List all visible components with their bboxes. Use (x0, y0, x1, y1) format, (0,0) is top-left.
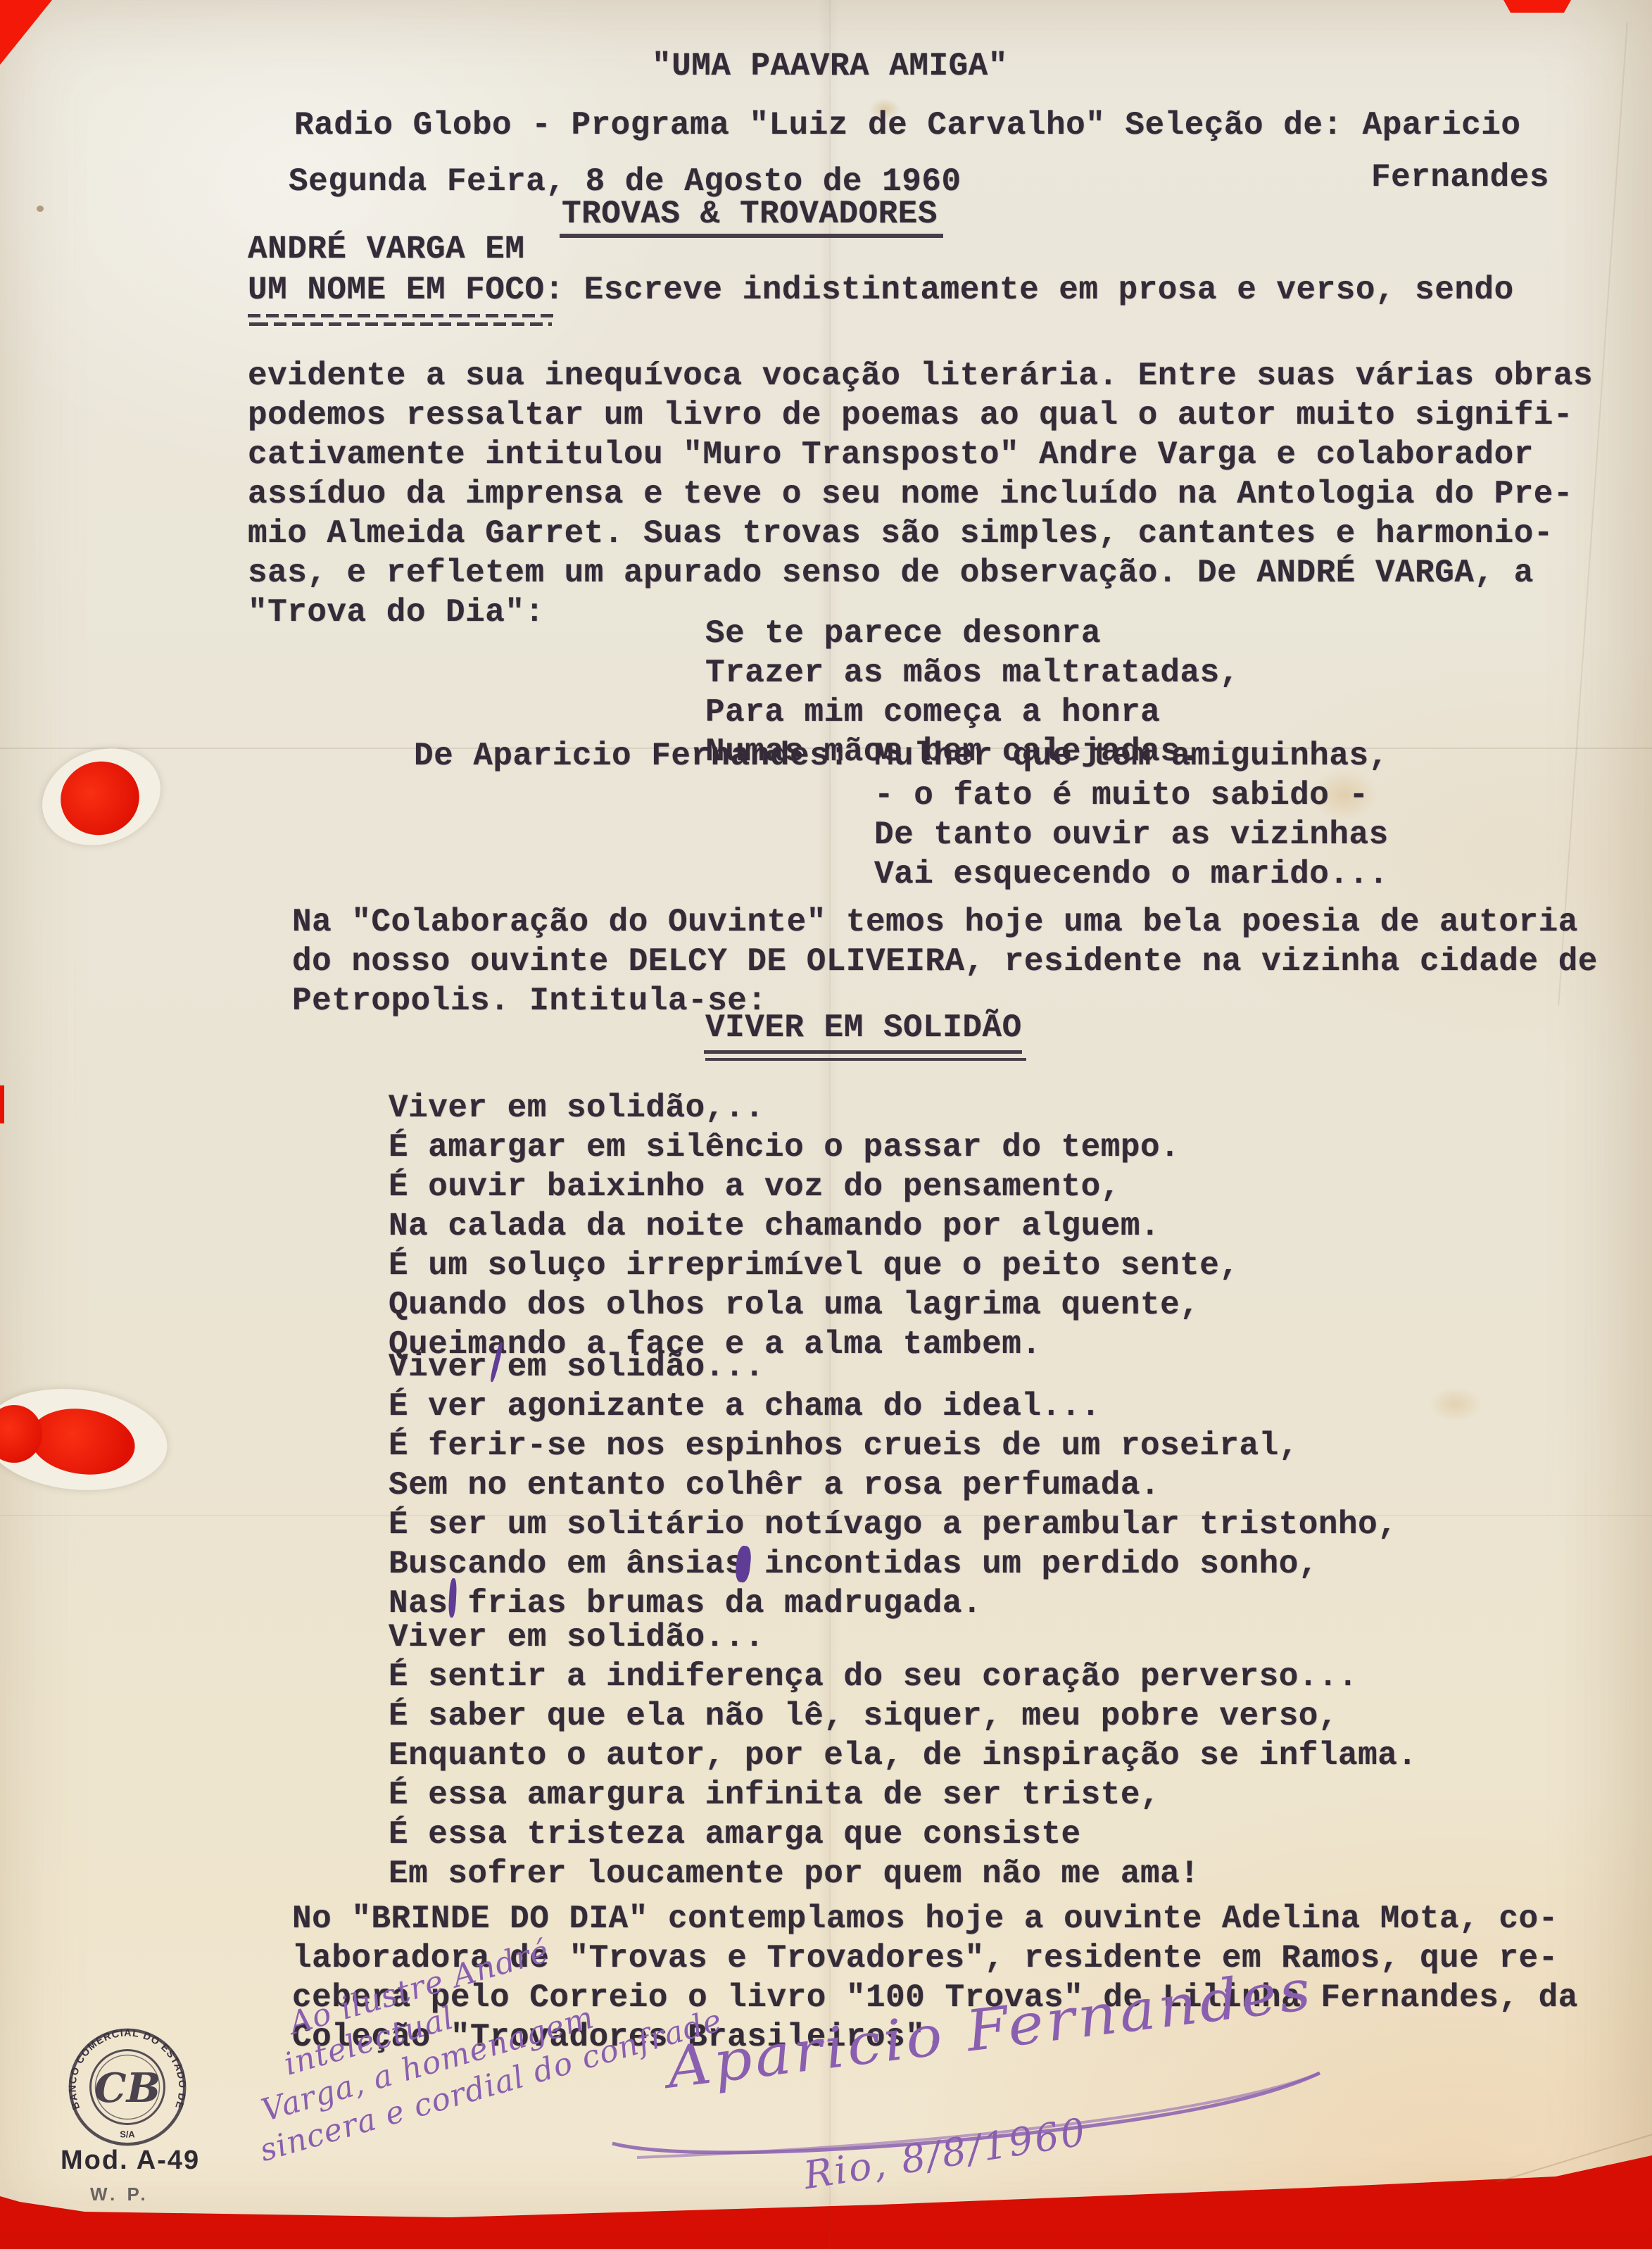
foco-underline-2 (249, 322, 552, 326)
typed-line: Enquanto o autor, por ela, de inspiração… (389, 1736, 1417, 1775)
typed-line: Para mim começa a honra (705, 693, 1240, 732)
typed-line: do nosso ouvinte DELCY DE OLIVEIRA, resi… (292, 942, 1598, 981)
typed-line: É ferir-se nos espinhos crueis de um ros… (389, 1426, 1397, 1466)
foco-first-line: UM NOME EM FOCO: Escreve indistintamente… (248, 270, 1514, 310)
kicker-line: ANDRÉ VARGA EM (248, 229, 524, 269)
typed-line: No "BRINDE DO DIA" contemplamos hoje a o… (292, 1899, 1578, 1939)
typed-line: Buscando em ânsias incontidas um perdido… (389, 1544, 1397, 1584)
typed-line: Viver em solidão... (389, 1347, 1397, 1387)
typed-line: É ouvir baixinho a voz do pensamento, (389, 1167, 1240, 1207)
typed-line: cativamente intitulou "Muro Transposto" … (248, 435, 1593, 474)
typed-line: podemos ressaltar um livro de poemas ao … (248, 396, 1593, 435)
poem-stanza-2: Viver em solidão...É ver agonizante a ch… (389, 1347, 1397, 1623)
poem-stanza-1: Viver em solidão,..É amargar em silêncio… (389, 1088, 1240, 1364)
poem-title: VIVER EM SOLIDÃO (705, 1008, 1022, 1047)
typed-line: Quando dos olhos rola uma lagrima quente… (389, 1285, 1240, 1325)
typed-line: É saber que ela não lê, siquer, meu pobr… (389, 1696, 1417, 1736)
paragraph-colaboracao: Na "Colaboração do Ouvinte" temos hoje u… (292, 902, 1598, 1021)
poem-stanza-3: Viver em solidão...É sentir a indiferenç… (389, 1618, 1417, 1894)
typed-line: Na calada da noite chamando por alguem. (389, 1207, 1240, 1246)
header-name-right: Fernandes (1371, 158, 1549, 197)
poem-title-underline-1 (704, 1050, 1022, 1054)
poem-title-underline-2 (705, 1058, 1026, 1061)
page-title: "UMA PAAVRA AMIGA" (652, 46, 1008, 86)
typed-line: sas, e refletem um apurado senso de obse… (248, 553, 1593, 593)
foco-label: UM NOME EM FOCO: (248, 272, 565, 308)
foco-first-line-rest: Escreve indistintamente em prosa e verso… (565, 272, 1514, 308)
typed-line: É ser um solitário notívago a perambular… (389, 1505, 1397, 1544)
red-edge-sliver (0, 1085, 4, 1123)
stamp-model-label: Mod. A-49 (61, 2146, 200, 2176)
typed-line: De tanto ouvir as vizinhas (874, 815, 1389, 855)
typed-line: Trazer as mãos maltratadas, (705, 653, 1240, 693)
typed-line: É essa tristeza amarga que consiste (389, 1815, 1417, 1854)
stain-mid-right (1429, 1387, 1482, 1422)
typed-line: Se te parece desonra (705, 614, 1240, 653)
typed-line: É um soluço irreprimível que o peito sen… (389, 1246, 1240, 1285)
bank-stamp-icon: BANCO COMERCIAL DO ESTADO DE SÃO PAULO C… (58, 2017, 197, 2157)
typed-line: É essa amargura infinita de ser triste, (389, 1775, 1417, 1815)
typed-line: mio Almeida Garret. Suas trovas são simp… (248, 514, 1593, 553)
typed-line: assíduo da imprensa e teve o seu nome in… (248, 474, 1593, 514)
typed-line: Sem no entanto colhêr a rosa perfumada. (389, 1466, 1397, 1505)
typed-line: É sentir a indiferença do seu coração pe… (389, 1657, 1417, 1696)
typed-line: É ver agonizante a chama do ideal... (389, 1387, 1397, 1426)
typed-line: Vai esquecendo o marido... (874, 855, 1389, 894)
stamp-monogram: CB (94, 2064, 160, 2112)
typed-line: Viver em solidão... (389, 1618, 1417, 1657)
typed-line: Na "Colaboração do Ouvinte" temos hoje u… (292, 902, 1598, 942)
typed-line: Em sofrer loucamente por quem não me ama… (389, 1854, 1417, 1894)
foco-underline-1 (248, 314, 559, 317)
trova-aparicio: Mulher que tem amiguinhas,- o fato é mui… (874, 736, 1389, 894)
stamp-initials: W. P. (90, 2184, 149, 2205)
header-program-line: Radio Globo - Programa "Luiz de Carvalho… (294, 106, 1520, 145)
typed-line: - o fato é muito sabido - (874, 776, 1389, 815)
typed-line: É amargar em silêncio o passar do tempo. (389, 1128, 1240, 1167)
stamp-bottom-text: S/A (120, 2129, 134, 2139)
speck-left (37, 206, 44, 212)
typed-line: Mulher que tem amiguinhas, (874, 736, 1389, 776)
document-photo: "UMA PAAVRA AMIGA" Radio Globo - Program… (0, 0, 1652, 2249)
typed-line: Viver em solidão,.. (389, 1088, 1240, 1128)
typed-line: evidente a sua inequívoca vocação literá… (248, 356, 1593, 396)
trova-aparicio-label: De Aparicio Fernandes: (414, 736, 849, 776)
show-title: TROVAS & TROVADORES (562, 194, 938, 234)
paragraph-foco: evidente a sua inequívoca vocação literá… (248, 356, 1593, 632)
show-title-underline (560, 234, 943, 238)
